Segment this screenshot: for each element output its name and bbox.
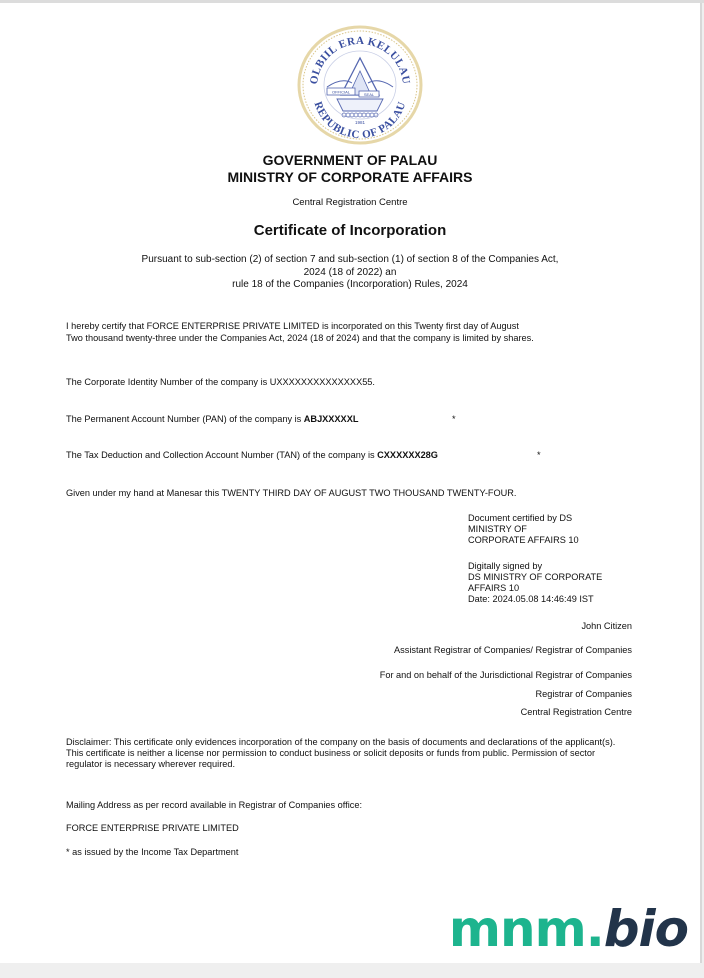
mailing-address-label: Mailing Address as per record available …	[66, 800, 362, 812]
tan-value: CXXXXXX28G	[377, 450, 438, 460]
certify-line-2: Two thousand twenty-three under the Comp…	[66, 333, 534, 345]
header-block: GOVERNMENT OF PALAU MINISTRY OF CORPORAT…	[0, 152, 700, 186]
tan-asterisk: *	[537, 450, 541, 460]
certify-line-1: I hereby certify that FORCE ENTERPRISE P…	[66, 321, 534, 333]
pan-label: The Permanent Account Number (PAN) of th…	[66, 414, 304, 424]
registrar-line: Registrar of Companies	[535, 689, 632, 699]
mnm-bio-watermark: mnm.bio	[449, 899, 688, 959]
pan-line: The Permanent Account Number (PAN) of th…	[66, 414, 358, 426]
svg-text:OFFICIAL: OFFICIAL	[332, 90, 351, 95]
pursuant-clause: Pursuant to sub-section (2) of section 7…	[0, 254, 700, 292]
pursuant-line-1: Pursuant to sub-section (2) of section 7…	[0, 254, 700, 267]
centre-line: Central Registration Centre	[521, 707, 632, 717]
signatory-name: John Citizen	[581, 621, 632, 631]
signatory-designation: Assistant Registrar of Companies/ Regist…	[394, 645, 632, 655]
certificate-page: OLBIIL ERA KELULAU REPUBLIC OF PALAU OFF…	[0, 3, 702, 963]
cin-value: UXXXXXXXXXXXXXX55.	[270, 377, 375, 387]
ministry-heading: MINISTRY OF CORPORATE AFFAIRS	[0, 169, 700, 186]
office-name: Central Registration Centre	[0, 197, 700, 208]
certified-by-block: Document certified by DS MINISTRY OF COR…	[468, 513, 579, 546]
certificate-title: Certificate of Incorporation	[0, 222, 700, 239]
cin-label: The Corporate Identity Number of the com…	[66, 377, 270, 387]
certify-statement: I hereby certify that FORCE ENTERPRISE P…	[66, 321, 534, 344]
svg-text:1981: 1981	[355, 120, 366, 125]
pan-asterisk: *	[452, 414, 456, 424]
government-heading: GOVERNMENT OF PALAU	[0, 152, 700, 169]
pan-value: ABJXXXXXL	[304, 414, 359, 424]
pursuant-line-2: 2024 (18 of 2022) an	[0, 267, 700, 280]
digital-signature-block: Digitally signed by DS MINISTRY OF CORPO…	[468, 561, 602, 605]
watermark-part-1: mnm.	[449, 900, 604, 958]
tan-label: The Tax Deduction and Collection Account…	[66, 450, 377, 460]
pursuant-line-3: rule 18 of the Companies (Incorporation)…	[0, 279, 700, 292]
cin-line: The Corporate Identity Number of the com…	[66, 377, 375, 389]
watermark-part-2: bio	[604, 900, 688, 958]
given-under-statement: Given under my hand at Manesar this TWEN…	[66, 488, 516, 500]
disclaimer: Disclaimer: This certificate only eviden…	[66, 737, 626, 771]
asterisk-note: * as issued by the Income Tax Department	[66, 847, 238, 859]
svg-text:SEAL: SEAL	[364, 92, 375, 97]
palau-seal-icon: OLBIIL ERA KELULAU REPUBLIC OF PALAU OFF…	[297, 25, 423, 145]
tan-line: The Tax Deduction and Collection Account…	[66, 450, 438, 462]
behalf-line: For and on behalf of the Jurisdictional …	[380, 670, 632, 680]
mailing-company-name: FORCE ENTERPRISE PRIVATE LIMITED	[66, 823, 239, 835]
